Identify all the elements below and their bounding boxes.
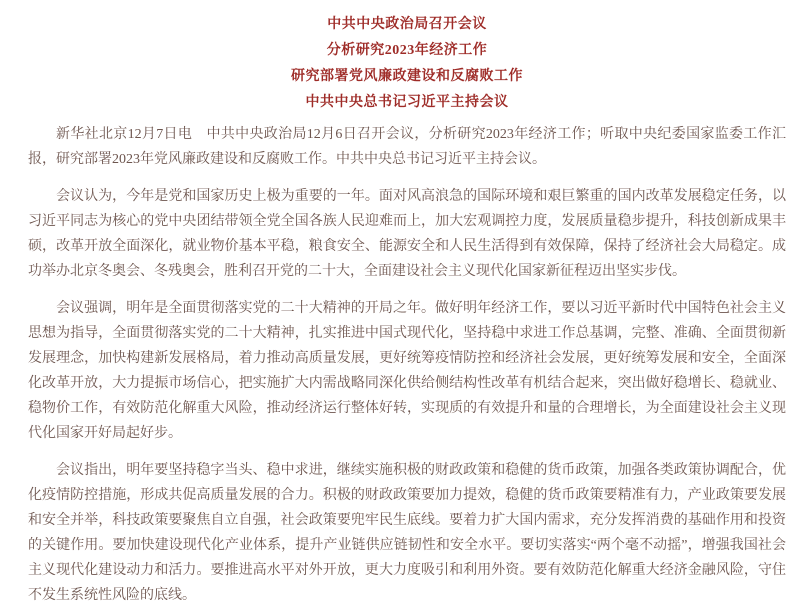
article-title-line-1: 中共中央政治局召开会议 xyxy=(28,12,786,38)
article-title-line-4: 中共中央总书记习近平主持会议 xyxy=(28,90,786,116)
article-title-line-2: 分析研究2023年经济工作 xyxy=(28,38,786,64)
article-paragraph-meeting-emphasis: 会议强调，明年是全面贯彻落实党的二十大精神的开局之年。做好明年经济工作，要以习近… xyxy=(28,296,786,446)
article-paragraph-dateline: 新华社北京12月7日电 中共中央政治局12月6日召开会议，分析研究2023年经济… xyxy=(28,122,786,172)
article-paragraph-meeting-review: 会议认为，今年是党和国家历史上极为重要的一年。面对风高浪急的国际环境和艰巨繁重的… xyxy=(28,184,786,284)
article-title: 中共中央政治局召开会议 分析研究2023年经济工作 研究部署党风廉政建设和反腐败… xyxy=(28,12,786,116)
article-body: 新华社北京12月7日电 中共中央政治局12月6日召开会议，分析研究2023年经济… xyxy=(28,122,786,608)
article-paragraph-meeting-points: 会议指出，明年要坚持稳字当头、稳中求进，继续实施积极的财政政策和稳健的货币政策，… xyxy=(28,458,786,608)
article-page: 中共中央政治局召开会议 分析研究2023年经济工作 研究部署党风廉政建设和反腐败… xyxy=(0,0,800,610)
article-title-line-3: 研究部署党风廉政建设和反腐败工作 xyxy=(28,64,786,90)
